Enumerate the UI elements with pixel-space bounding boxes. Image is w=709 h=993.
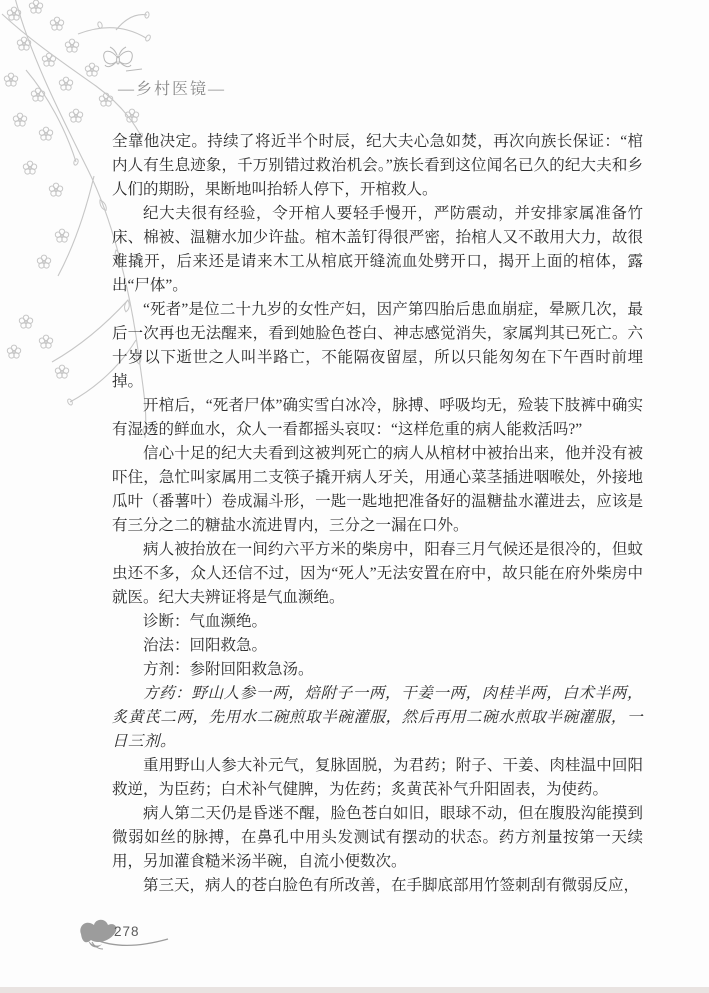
butterfly-icon	[104, 47, 142, 71]
body-text-block: 全靠他决定。持续了将近半个时辰，纪大夫心急如焚，再次向族长保证：“棺内人有生息迹…	[112, 130, 643, 898]
paragraph-continuation: 全靠他决定。持续了将近半个时辰，纪大夫心急如焚，再次向族长保证：“棺内人有生息迹…	[112, 130, 643, 202]
paragraph: 病人被抬放在一间约六平方米的柴房中，阳春三月气候还是很冷的，但蚊虫还不多，众人还…	[112, 538, 643, 610]
book-page: —乡村医镜— 全靠他决定。持续了将近半个时辰，纪大夫心急如焚，再次向族长保证：“…	[0, 0, 709, 993]
page-footer: 278	[78, 914, 258, 958]
diagnosis-line: 诊断：气血濒绝。	[112, 610, 643, 634]
treatment-method-line: 治法：回阳救急。	[112, 634, 643, 658]
formula-line: 方剂：参附回阳救急汤。	[112, 658, 643, 682]
page-bottom-edge	[0, 987, 709, 993]
prescription-paragraph: 方药：野山人参一两，焙附子一两，干姜一两，肉桂半两，白术半两，炙黄芪二两，先用水…	[112, 682, 643, 754]
paragraph: “死者”是位二十九岁的女性产妇，因产第四胎后患血崩症，晕厥几次，最后一次再也无法…	[112, 298, 643, 394]
paragraph: 病人第二天仍是昏迷不醒，脸色苍白如旧，眼球不动，但在腹股沟能摸到微弱如丝的脉搏，…	[112, 802, 643, 874]
paragraph: 第三天，病人的苍白脸色有所改善，在手脚底部用竹签刺刮有微弱反应，	[112, 874, 643, 898]
paragraph: 开棺后，“死者尸体”确实雪白冰冷，脉搏、呼吸均无，殓装下肢裤中确实有湿透的鲜血水…	[112, 394, 643, 442]
paragraph: 信心十足的纪大夫看到这被判死亡的病人从棺材中被抬出来，他并没有被吓住，急忙叫家属…	[112, 442, 643, 538]
paragraph: 纪大夫很有经验，令开棺人要轻手慢开，严防震动，并安排家属准备竹床、棉被、温糖水加…	[112, 202, 643, 298]
running-header-title: —乡村医镜—	[118, 76, 226, 99]
page-number: 278	[114, 924, 140, 939]
paragraph: 重用野山人参大补元气，复脉固脱，为君药；附子、干姜、肉桂温中回阳救逆，为臣药；白…	[112, 754, 643, 802]
